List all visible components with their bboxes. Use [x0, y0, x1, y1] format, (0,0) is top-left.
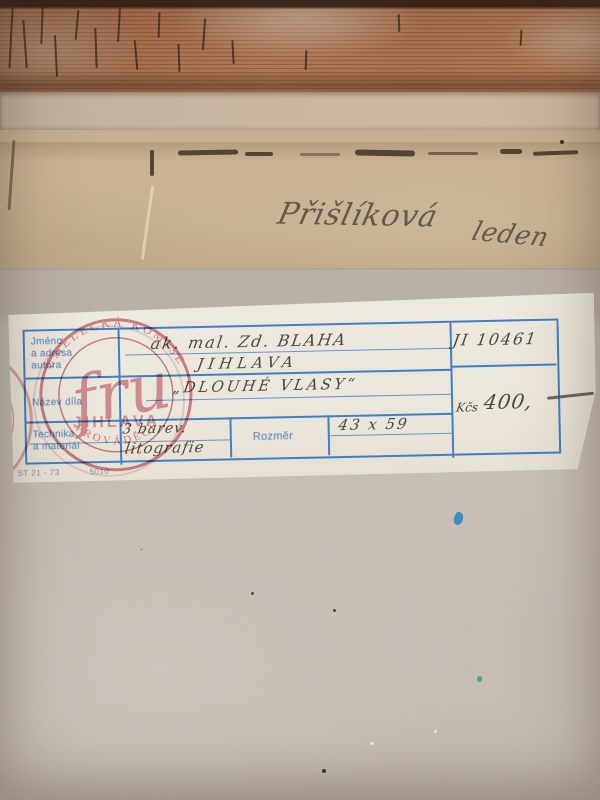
- white-speck: [370, 742, 374, 745]
- white-speck: [434, 730, 437, 733]
- inventory-number-value: JI 10461: [451, 329, 539, 350]
- dark-speck: [333, 609, 336, 612]
- table-line: [229, 417, 232, 457]
- dimensions-value: 43 x 59: [337, 415, 410, 435]
- kraft-tear: [355, 149, 415, 156]
- price-amount-value: 400,: [482, 389, 534, 414]
- frame-rebate-strip: [0, 92, 600, 130]
- red-gallery-stamp: UMĚLECKÁ KOMISE PROVÁDĚCÍ fru JIHLAVA: [28, 303, 204, 487]
- kraft-tear: [245, 152, 273, 156]
- kraft-tear: [500, 149, 522, 154]
- author-city-value: JIHLAVA: [196, 353, 299, 373]
- dark-speck: [560, 140, 564, 144]
- field-dimensions: Rozměr: [253, 430, 294, 443]
- price-currency-value: Kčs: [455, 400, 479, 415]
- kraft-tear: [150, 150, 154, 176]
- dark-speck: [322, 769, 326, 773]
- pencil-artist-inscription: Přišlíková: [274, 197, 441, 235]
- green-paint-speck: [477, 676, 482, 682]
- dark-speck: [140, 548, 143, 551]
- stamp-city-text: JIHLAVA: [73, 413, 160, 432]
- kraft-tear: [428, 152, 478, 155]
- dark-speck: [251, 592, 254, 595]
- framed-artwork-back-photo: Přišlíková leden Jméno a adre: [0, 0, 600, 800]
- wood-frame-bar: [0, 0, 600, 92]
- kraft-tear: [178, 149, 238, 155]
- gallery-label: Jméno a adresa autora Název díla Technik…: [8, 293, 598, 483]
- table-line: [450, 364, 556, 368]
- kraft-tear: [300, 153, 340, 156]
